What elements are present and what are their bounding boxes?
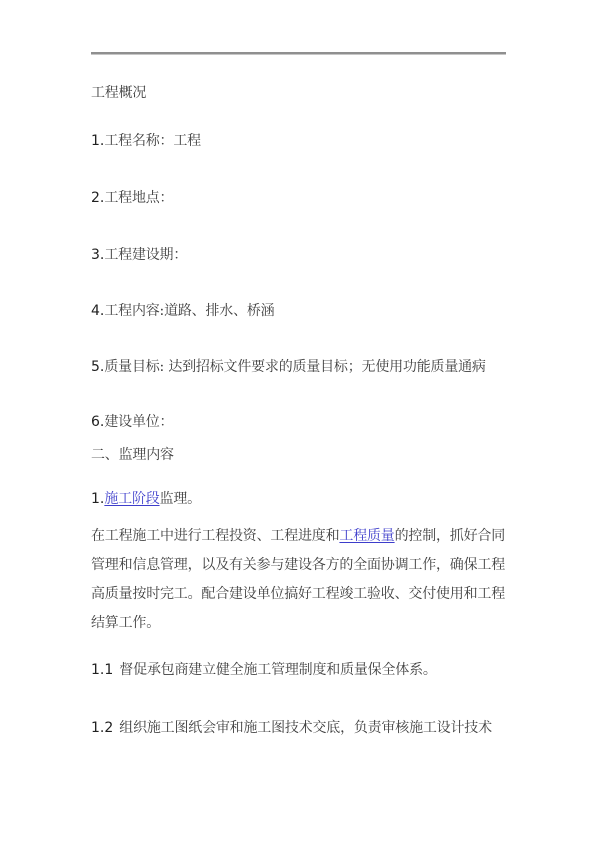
numbered-item: 5.质量目标: 达到招标文件要求的质量目标；无使用功能质量通病: [91, 357, 506, 377]
sub-item: 1.1督促承包商建立健全施工管理制度和质量保全体系。: [91, 660, 506, 680]
item-text: 组织施工图纸会审和施工图技术交底，负责审核施工设计技术: [119, 720, 492, 736]
sub-item: 1.2组织施工图纸会审和施工图技术交底，负责审核施工设计技术: [91, 718, 506, 738]
item-text: 工程建设期：: [104, 247, 187, 263]
item-number: 1.1: [91, 662, 113, 678]
numbered-item: 3.工程建设期：: [91, 245, 506, 265]
section-heading: 二、监理内容: [91, 445, 506, 465]
item-number: 6.: [91, 414, 104, 430]
item-text: 工程名称：工程: [104, 133, 201, 149]
text-segment: 监理。: [160, 491, 201, 507]
text-segment: 在工程施工中进行工程投资、工程进度和: [91, 528, 339, 544]
stage-item: 1.施工阶段监理。: [91, 489, 506, 509]
inline-link[interactable]: 工程质量: [339, 528, 394, 544]
horizontal-rule: [91, 52, 506, 55]
item-number: 1.: [91, 133, 104, 149]
numbered-item: 4.工程内容:道路、排水、桥涵: [91, 301, 506, 321]
item-text: 建设单位：: [104, 414, 173, 430]
numbered-item: 2.工程地点：: [91, 188, 506, 208]
item-number: 1.2: [91, 720, 113, 736]
item-number: 4.: [91, 303, 104, 319]
item-number: 5.: [91, 359, 104, 375]
item-text: 工程地点：: [104, 190, 173, 206]
item-text: 工程内容:道路、排水、桥涵: [104, 303, 274, 319]
item-number: 1.: [91, 491, 104, 507]
item-text: 质量目标: 达到招标文件要求的质量目标；无使用功能质量通病: [104, 359, 485, 375]
item-number: 2.: [91, 190, 104, 206]
doc-heading: 工程概况: [91, 83, 506, 103]
stage-item-text: 施工阶段监理。: [104, 491, 201, 507]
numbered-item: 6.建设单位：: [91, 412, 506, 432]
numbered-item: 1.工程名称：工程: [91, 131, 506, 151]
body-paragraph: 在工程施工中进行工程投资、工程进度和工程质量的控制，抓好合同管理和信息管理，以及…: [91, 522, 506, 638]
item-number: 3.: [91, 247, 104, 263]
item-text: 督促承包商建立健全施工管理制度和质量保全体系。: [119, 662, 436, 678]
inline-link[interactable]: 施工阶段: [104, 491, 159, 507]
document-page: 工程概况 1.工程名称：工程 2.工程地点： 3.工程建设期： 4.工程内容:道…: [0, 0, 595, 842]
